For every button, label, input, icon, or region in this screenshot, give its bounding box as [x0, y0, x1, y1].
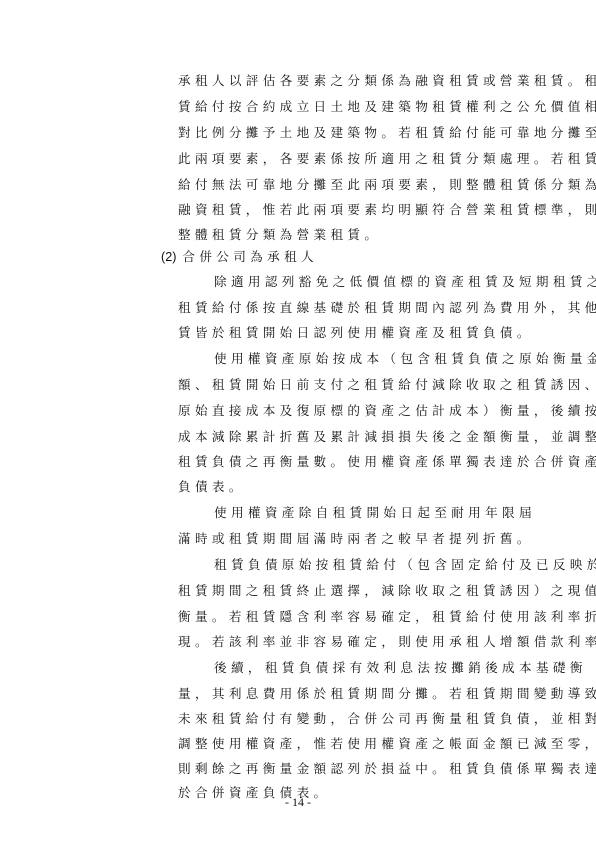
text-line: 滿時或租賃期間屆滿時兩者之較早者提列折舊。 [178, 532, 534, 546]
text-line: 成本減除累計折舊及累計減損損失後之金額衡量，並調整 [178, 430, 596, 444]
page-number: - 14 - [0, 795, 596, 810]
text-line: 使用權資產原始按成本（包含租賃負債之原始衡量金 [214, 352, 596, 366]
text-line: 額、租賃開始日前支付之租賃給付減除收取之租賃誘因、 [178, 378, 596, 392]
text-line: 原始直接成本及復原標的資產之估計成本）衡量，後續按 [178, 404, 596, 418]
text-line: 現。若該利率並非容易確定，則使用承租人增額借款利率。 [178, 635, 596, 649]
text-line: 租賃負債之再衡量數。使用權資產係單獨表達於合併資產 [178, 455, 596, 469]
section-heading: (2)合併公司為承租人 [161, 250, 318, 264]
text-line: 量，其利息費用係於租賃期間分攤。若租賃期間變動導致 [178, 687, 596, 701]
text-line: 租賃給付係按直線基礎於租賃期間內認列為費用外，其他租 [178, 301, 596, 315]
text-line: 整體租賃分類為營業租賃。 [178, 228, 381, 242]
text-line: 負債表。 [178, 480, 246, 494]
text-line: 此兩項要素，各要素係按所適用之租賃分類處理。若租賃 [178, 152, 596, 166]
text-line: 對比例分攤予土地及建築物。若租賃給付能可靠地分攤至 [178, 126, 596, 140]
text-line: 租賃負債原始按租賃給付（包含固定給付及已反映於 [214, 558, 596, 572]
text-line: 後續，租賃負債採有效利息法按攤銷後成本基礎衡 [214, 661, 587, 675]
text-line: 賃皆於租賃開始日認列使用權資產及租賃負債。 [178, 326, 534, 340]
section-number: (2) [161, 250, 176, 264]
text-line: 給付無法可靠地分攤至此兩項要素，則整體租賃係分類為 [178, 178, 596, 192]
text-line: 使用權資產除自租賃開始日起至耐用年限屆 [214, 506, 536, 520]
text-line: 承租人以評估各要素之分類係為融資租賃或營業租賃。租 [178, 74, 596, 88]
section-title: 合併公司為承租人 [182, 249, 318, 264]
text-line: 除適用認列豁免之低價值標的資產租賃及短期租賃之 [214, 275, 596, 289]
text-line: 衡量。若租賃隱含利率容易確定，租賃給付使用該利率折 [178, 610, 596, 624]
text-line: 調整使用權資產，惟若使用權資產之帳面金額已減至零， [178, 737, 596, 751]
text-line: 賃給付按合約成立日土地及建築物租賃權利之公允價值相 [178, 100, 596, 114]
text-line: 租賃期間之租賃終止選擇，減除收取之租賃誘因）之現值 [178, 584, 596, 598]
text-line: 未來租賃給付有變動，合併公司再衡量租賃負債，並相對 [178, 712, 596, 726]
text-line: 融資租賃，惟若此兩項要素均明顯符合營業租賃標準，則 [178, 203, 596, 217]
text-line: 則剩餘之再衡量金額認列於損益中。租賃負債係單獨表達 [178, 762, 596, 776]
document-page: 承租人以評估各要素之分類係為融資租賃或營業租賃。租 賃給付按合約成立日土地及建築… [0, 0, 596, 842]
